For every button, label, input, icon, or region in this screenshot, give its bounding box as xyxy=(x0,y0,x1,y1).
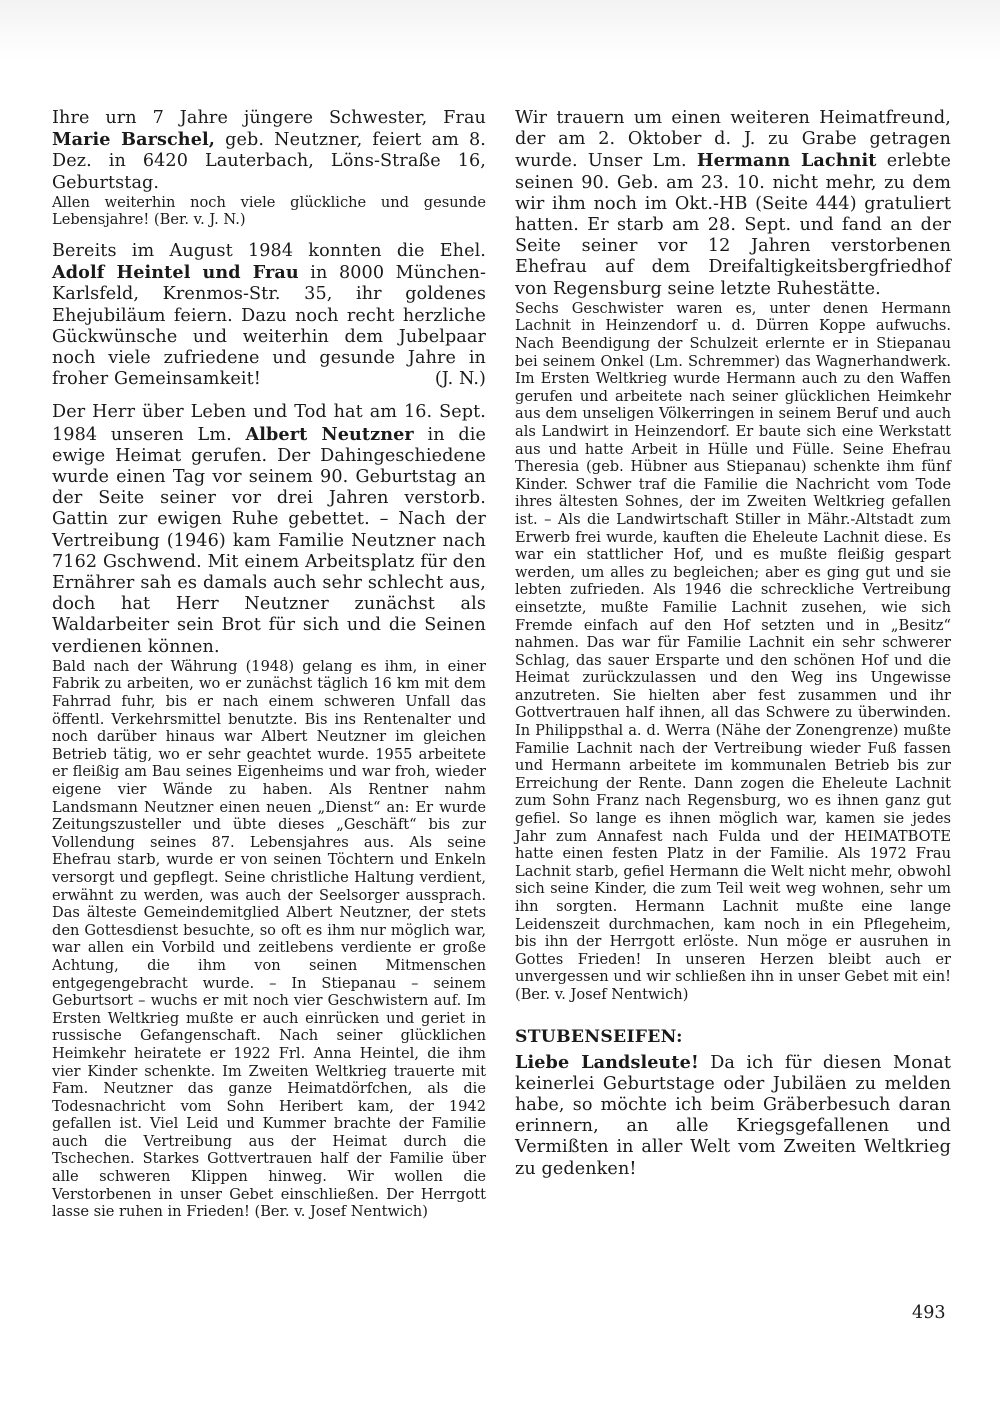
birthday-notice-barschel: Ihre urn 7 Jahre jüngere Schwester, Frau… xyxy=(52,108,486,229)
section-stubenseifen: STUBENSEIFEN: Liebe Landsleute! Da ich f… xyxy=(515,1026,951,1180)
paragraph: Der Herr über Leben und Tod hat am 16. S… xyxy=(52,402,486,657)
paragraph: Bereits im August 1984 konnten die Ehel.… xyxy=(52,241,486,390)
page-number: 493 xyxy=(912,1303,946,1323)
signature: (J. N.) xyxy=(435,369,486,390)
right-column: Wir trauern um einen weiteren Heimatfreu… xyxy=(515,108,951,1180)
person-name: Marie Barschel, xyxy=(52,129,215,150)
section-heading: STUBENSEIFEN: xyxy=(515,1026,951,1048)
obituary-neutzner: Der Herr über Leben und Tod hat am 16. S… xyxy=(52,402,486,1220)
text: Bereits im August 1984 konnten die Ehel. xyxy=(52,241,486,261)
anniversary-notice-heintel: Bereits im August 1984 konnten die Ehel.… xyxy=(52,241,486,390)
wish-text: Allen weiterhin noch viele glückliche un… xyxy=(52,194,486,229)
greeting: Liebe Landsleute! xyxy=(515,1052,699,1073)
person-name: Albert Neutzner xyxy=(246,424,414,445)
paragraph-continued: Sechs Geschwister waren es, unter denen … xyxy=(515,300,951,1004)
person-name: Hermann Lachnit xyxy=(697,150,877,171)
person-name: Adolf Heintel und Frau xyxy=(52,262,299,283)
text: in die ewige Heimat gerufen. Der Dahinge… xyxy=(52,425,486,657)
paragraph: Ihre urn 7 Jahre jüngere Schwester, Frau… xyxy=(52,108,486,194)
text: erlebte seinen 90. Geb. am 23. 10. nicht… xyxy=(515,151,951,298)
obituary-lachnit: Wir trauern um einen weiteren Heimatfreu… xyxy=(515,108,951,1004)
paragraph: Liebe Landsleute! Da ich für diesen Mona… xyxy=(515,1052,951,1180)
text: Ihre urn 7 Jahre jüngere Schwester, Frau xyxy=(52,108,486,128)
left-column: Ihre urn 7 Jahre jüngere Schwester, Frau… xyxy=(52,108,486,1221)
paragraph: Wir trauern um einen weiteren Heimatfreu… xyxy=(515,108,951,300)
scan-background-noise xyxy=(0,0,1000,60)
paragraph-continued: Bald nach der Währung (1948) gelang es i… xyxy=(52,658,486,1221)
